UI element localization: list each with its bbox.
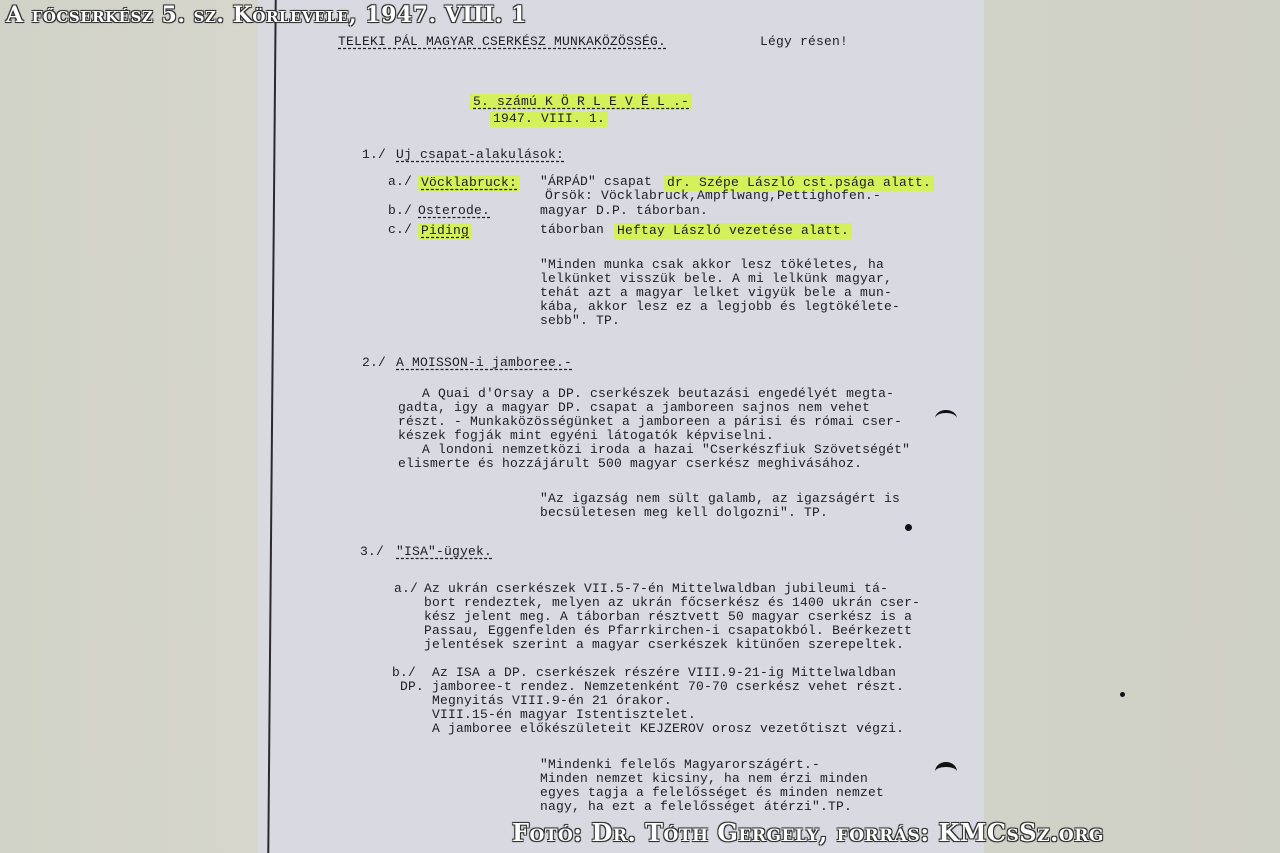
text-line: DP. jamboree-t rendez. Nemzetenként 70-7… <box>400 680 904 694</box>
text-line: nagy, ha ezt a felelősséget átérzi".TP. <box>540 800 884 814</box>
item-text-2: Örsök: Vöcklabruck,Ampflwang,Pettighofen… <box>545 189 881 203</box>
text-line: gadta, igy a magyar DP. csapat a jambore… <box>398 401 910 415</box>
text-line: egyes tagja a felelősséget és minden nem… <box>540 786 884 800</box>
quote-block: "Mindenki felelős Magyarországért.-Minde… <box>540 758 884 814</box>
punch-hole-mark <box>935 410 957 427</box>
document-date: 1947. VIII. 1. <box>490 111 608 127</box>
text-line: sebb". TP. <box>540 314 900 328</box>
text-line: kába, akkor lesz ez a legjobb és legtöké… <box>540 300 900 314</box>
photo-credit-caption: Fotó: Dr. Tóth Gergely, forrás: KMCsSz.o… <box>512 818 1104 847</box>
text-line: "Az igazság nem sült galamb, az igazságé… <box>540 492 900 506</box>
text-line: bort rendeztek, melyen az ukrán főcserké… <box>424 596 920 610</box>
text-line: Passau, Eggenfelden és Pfarrkirchen-i cs… <box>424 624 920 638</box>
punch-hole-mark <box>935 762 957 781</box>
item-text: "ÁRPÁD" csapat <box>540 175 660 189</box>
header-organization: TELEKI PÁL MAGYAR CSERKÉSZ MUNKAKÖZÖSSÉG… <box>338 35 666 49</box>
ink-dot <box>905 524 912 531</box>
item-lines: Az ukrán cserkészek VII.5-7-én Mittelwal… <box>424 582 920 652</box>
text-line: Minden nemzet kicsiny, ha nem érzi minde… <box>540 772 884 786</box>
text-line: "Mindenki felelős Magyarországért.- <box>540 758 884 772</box>
item-place: Vöcklabruck: <box>418 175 520 191</box>
text-line: Megnyitás VIII.9-én 21 órakor. <box>400 694 904 708</box>
text-line: A jamboree előkészületeit KEJZEROV orosz… <box>400 722 904 736</box>
item-letter: a./ <box>394 582 418 596</box>
section-3-heading: "ISA"-ügyek. <box>396 545 492 559</box>
text-line: A londoni nemzetközi iroda a hazai "Cser… <box>398 443 910 457</box>
header-motto: Légy résen! <box>760 35 848 49</box>
text-line: Az ISA a DP. cserkészek részére VIII.9-2… <box>400 666 904 680</box>
item-letter: b./ <box>388 204 412 218</box>
quote-block: "Minden munka csak akkor lesz tökéletes,… <box>540 258 900 328</box>
section-2-heading: A MOISSON-i jamboree.- <box>396 356 572 370</box>
text-line: kész jelent meg. A táborban résztvett 50… <box>424 610 920 624</box>
item-letter: a./ <box>388 175 412 189</box>
document-title: 5. számú K Ö R L E V É L .- <box>470 94 692 110</box>
paragraph-block: A Quai d'Orsay a DP. cserkészek beutazás… <box>398 387 910 471</box>
text-line: A Quai d'Orsay a DP. cserkészek beutazás… <box>398 387 910 401</box>
photo-title-caption: A főcserkész 5. sz. Körlevele, 1947. VII… <box>6 2 527 28</box>
text-line: jelentések szerint a magyar cserkészek k… <box>424 638 920 652</box>
text-line: készek fogják mint egyéni látogatók képv… <box>398 429 910 443</box>
text-line: tehát azt a magyar lelket vigyük bele a … <box>540 286 900 300</box>
section-2-number: 2./ <box>362 356 386 370</box>
text-line: Az ukrán cserkészek VII.5-7-én Mittelwal… <box>424 582 920 596</box>
section-1-heading: Uj csapat-alakulások: <box>396 148 564 162</box>
item-place: Osterode. <box>418 204 490 218</box>
text-line: becsületesen meg kell dolgozni". TP. <box>540 506 900 520</box>
item-text: táborban <box>540 223 612 237</box>
item-place: Piding <box>418 223 472 239</box>
item-highlight: Heftay László vezetése alatt. <box>614 223 852 239</box>
text-line: elismerte és hozzájárult 500 magyar cser… <box>398 457 910 471</box>
quote-block: "Az igazság nem sült galamb, az igazságé… <box>540 492 900 520</box>
item-text: magyar D.P. táborban. <box>540 204 708 218</box>
text-line: lelkünket visszük bele. A mi lelkünk mag… <box>540 272 900 286</box>
item-letter: c./ <box>388 223 412 237</box>
section-1-number: 1./ <box>362 148 386 162</box>
text-line: VIII.15-én magyar Istentisztelet. <box>400 708 904 722</box>
text-line: részt. - Munkaközösségünket a jamboreen … <box>398 415 910 429</box>
section-3-number: 3./ <box>360 545 384 559</box>
ink-dot <box>1120 692 1125 697</box>
text-line: "Minden munka csak akkor lesz tökéletes,… <box>540 258 900 272</box>
item-lines: Az ISA a DP. cserkészek részére VIII.9-2… <box>400 666 904 736</box>
